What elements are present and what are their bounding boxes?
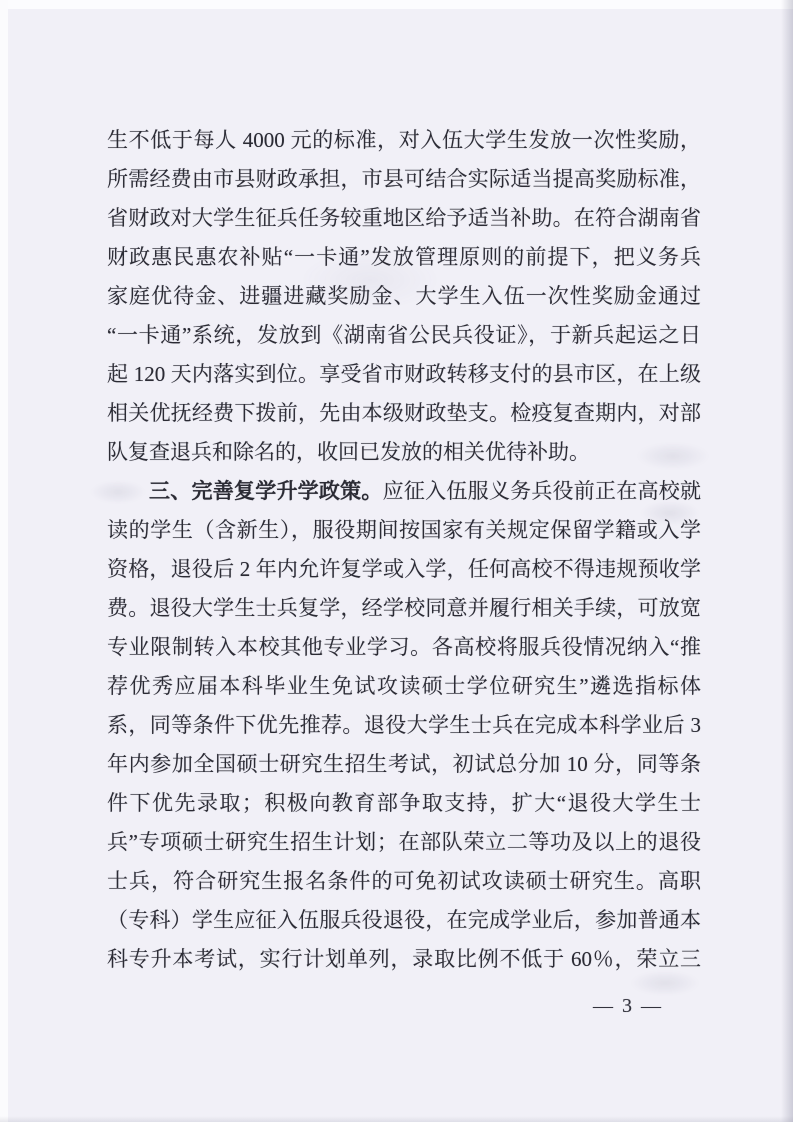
text-line: 三、完善复学升学政策。应征入伍服义务兵役前正在高校就 [107,472,701,511]
text-line: 所需经费由市县财政承担，市县可结合实际适当提高奖励标准， [107,160,701,199]
text-line: 生不低于每人 4000 元的标准，对入伍大学生发放一次性奖励， [107,121,701,160]
text-line: 兵”专项硕士研究生招生计划；在部队荣立二等功及以上的退役 [107,823,701,862]
section-heading: 三、完善复学升学政策。 [149,479,383,503]
text-line: 费。退役大学生士兵复学，经学校同意并履行相关手续，可放宽 [107,589,701,628]
scan-edge-bottom [0,1116,793,1122]
text-line: 年内参加全国硕士研究生招生考试，初试总分加 10 分，同等条 [107,745,701,784]
text-line: 荐优秀应届本科毕业生免试攻读硕士学位研究生”遴选指标体 [107,667,701,706]
text-line: 家庭优待金、进疆进藏奖励金、大学生入伍一次性奖励金通过 [107,277,701,316]
text-line: 财政惠民惠农补贴“一卡通”发放管理原则的前提下，把义务兵 [107,238,701,277]
text-line: “一卡通”系统，发放到《湖南省公民兵役证》，于新兵起运之日 [107,316,701,355]
text-line: 士兵，符合研究生报名条件的可免初试攻读硕士研究生。高职 [107,862,701,901]
paragraph: 三、完善复学升学政策。应征入伍服义务兵役前正在高校就读的学生（含新生），服役期间… [107,472,701,979]
text-line: 读的学生（含新生），服役期间按国家有关规定保留学籍或入学 [107,511,701,550]
text-line: 系，同等条件下优先推荐。退役大学生士兵在完成本科学业后 3 [107,706,701,745]
scan-edge-top [0,0,793,9]
scanned-document-page: 生不低于每人 4000 元的标准，对入伍大学生发放一次性奖励，所需经费由市县财政… [0,0,793,1122]
text-line: 资格，退役后 2 年内允许复学或入学，任何高校不得违规预收学 [107,550,701,589]
text-line: 相关优抚经费下拨前，先由本级财政垫支。检疫复查期内，对部 [107,394,701,433]
page-number: — 3 — [543,995,713,1018]
text-line: 省财政对大学生征兵任务较重地区给予适当补助。在符合湖南省 [107,199,701,238]
text-line: （专科）学生应征入伍服兵役退役，在完成学业后，参加普通本 [107,901,701,940]
scan-edge-right [781,0,793,1122]
paragraph: 生不低于每人 4000 元的标准，对入伍大学生发放一次性奖励，所需经费由市县财政… [107,121,701,472]
text-line: 专业限制转入本校其他专业学习。各高校将服兵役情况纳入“推 [107,628,701,667]
scan-edge-left [0,0,8,1122]
text-line: 科专升本考试，实行计划单列，录取比例不低于 60％，荣立三 [107,940,701,979]
text-line: 起 120 天内落实到位。享受省市财政转移支付的县市区，在上级 [107,355,701,394]
text-line: 件下优先录取；积极向教育部争取支持，扩大“退役大学生士 [107,784,701,823]
document-body-text: 生不低于每人 4000 元的标准，对入伍大学生发放一次性奖励，所需经费由市县财政… [107,121,701,979]
paragraphs-container: 生不低于每人 4000 元的标准，对入伍大学生发放一次性奖励，所需经费由市县财政… [107,121,701,979]
text-line: 队复查退兵和除名的，收回已发放的相关优待补助。 [107,433,701,472]
